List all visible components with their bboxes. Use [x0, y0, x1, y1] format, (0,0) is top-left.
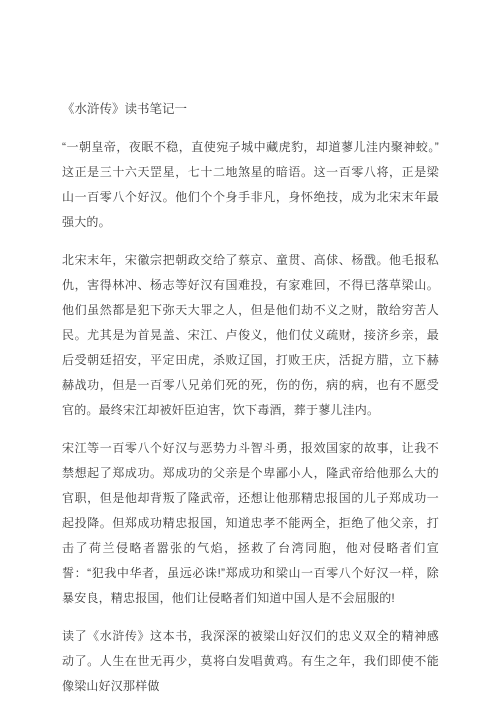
document-title: 《水浒传》读书笔记一 [62, 97, 439, 122]
document-page: 《水浒传》读书笔记一 “一朝皇帝，夜眠不稳，直使宛子城中藏虎豹，却道蓼儿洼内聚神… [0, 0, 500, 707]
paragraph-zheng-chenggong: 宋江等一百零八个好汉与恶势力斗智斗勇，报效国家的故事，让我不禁想起了郑成功。郑成… [62, 436, 439, 611]
paragraph-reflection: 读了《水浒传》这本书，我深深的被梁山好汉们的忠义双全的精神感动了。人生在世无再少… [62, 624, 439, 699]
paragraph-story-summary: 北宋末年，宋徽宗把朝政交给了蔡京、童贯、高俅、杨戬。他毛报私仇，害得林冲、杨志等… [62, 248, 439, 423]
paragraph-intro-quote: “一朝皇帝，夜眠不稳，直使宛子城中藏虎豹，却道蓼儿洼内聚神蛟。” 这正是三十六天… [62, 135, 439, 235]
